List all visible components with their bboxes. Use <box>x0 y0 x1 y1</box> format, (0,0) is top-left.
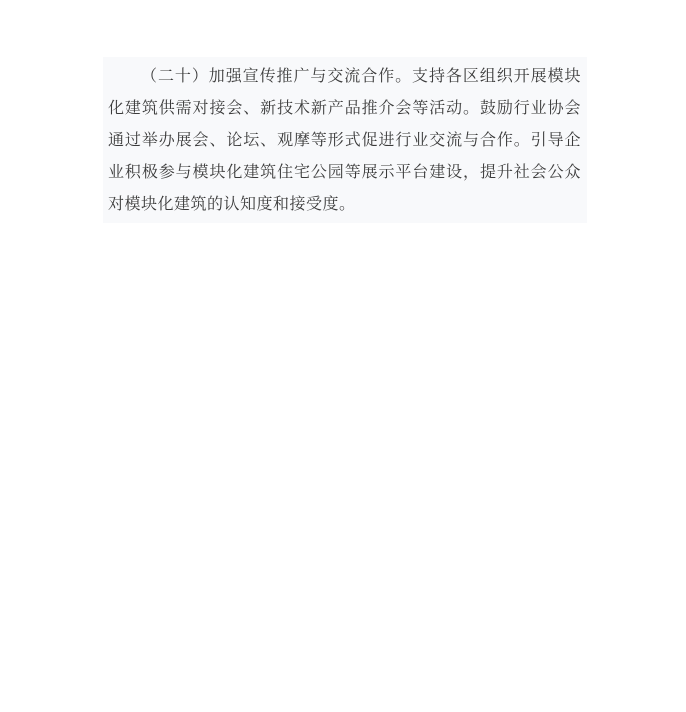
paragraph-line: 化建筑供需对接会、新技术新产品推介会等活动。鼓励行业协会 <box>108 93 581 125</box>
paragraph-line: 通过举办展会、论坛、观摩等形式促进行业交流与合作。引导企 <box>108 125 581 157</box>
paragraph-line: 对模块化建筑的认知度和接受度。 <box>108 189 581 221</box>
document-page: （二十）加强宣传推广与交流合作。支持各区组织开展模块 化建筑供需对接会、新技术新… <box>0 0 686 712</box>
paragraph-line: 业积极参与模块化建筑住宅公园等展示平台建设，提升社会公众 <box>108 157 581 189</box>
paragraph-panel: （二十）加强宣传推广与交流合作。支持各区组织开展模块 化建筑供需对接会、新技术新… <box>103 57 587 223</box>
paragraph-line: （二十）加强宣传推广与交流合作。支持各区组织开展模块 <box>108 61 581 93</box>
